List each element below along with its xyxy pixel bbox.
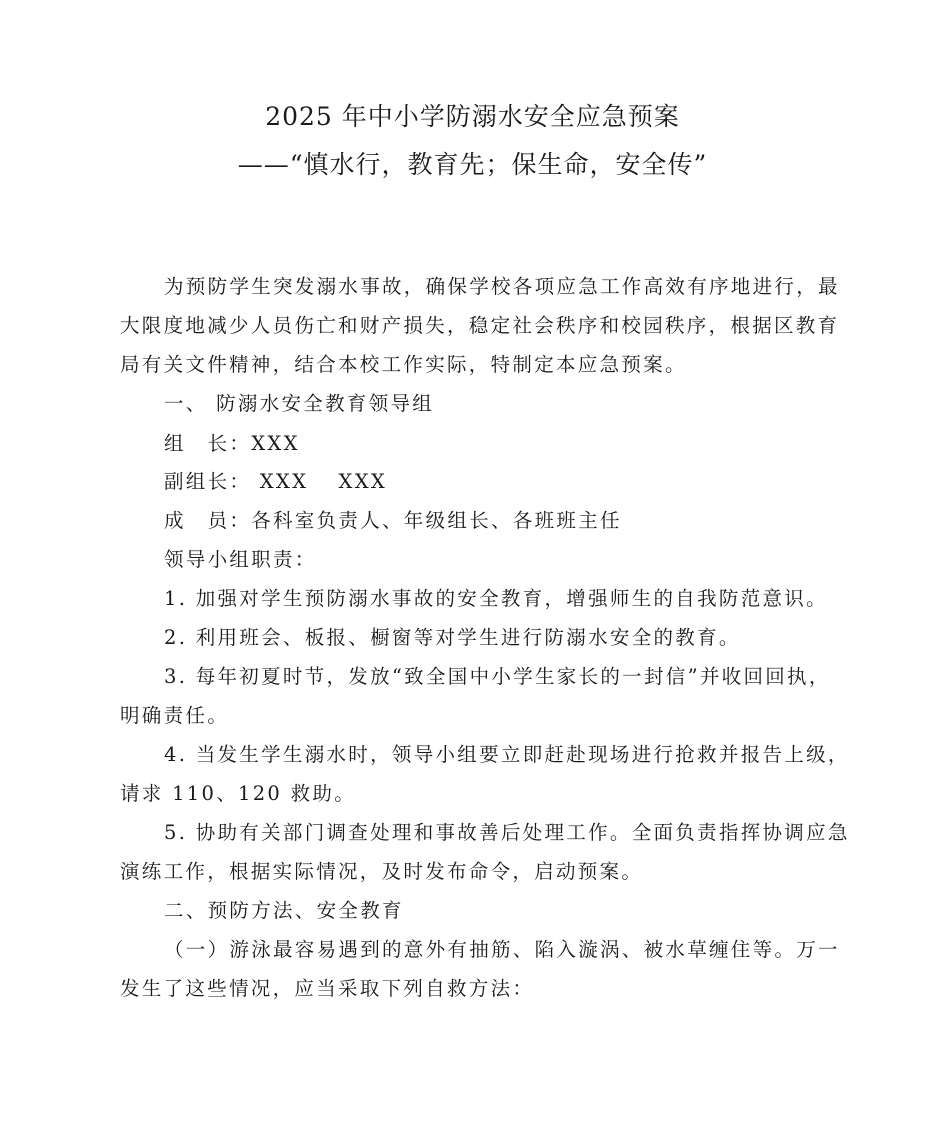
paragraph-line: 发生了这些情况，应当采取下列自救方法： (120, 973, 534, 1001)
paragraph-line: 4. 当发生学生溺水时，领导小组要立即赶赴现场进行抢救并报告上级， (164, 739, 850, 767)
paragraph-line: 明确责任。 (120, 700, 229, 728)
paragraph-line: 领导小组职责： (164, 544, 317, 572)
paragraph-line: 5. 协助有关部门调查处理和事故善后处理工作。全面负责指挥协调应急 (164, 817, 850, 845)
paragraph-line: 请求 110、120 救助。 (120, 778, 356, 806)
paragraph-line: 为预防学生突发溺水事故，确保学校各项应急工作高效有序地进行，最 (164, 271, 840, 299)
paragraph-line: 组 长：XXX (164, 428, 300, 456)
document-subtitle: ——“慎水行，教育先；保生命，安全传” (0, 145, 945, 181)
paragraph-line: 局有关文件精神，结合本校工作实际，特制定本应急预案。 (120, 349, 687, 377)
document-page: 2025 年中小学防溺水安全应急预案 ——“慎水行，教育先；保生命，安全传” 为… (0, 0, 945, 1122)
paragraph-line: 成 员：各科室负责人、年级组长、各班班主任 (164, 505, 622, 533)
paragraph-line: 大限度地减少人员伤亡和财产损失，稳定社会秩序和校园秩序，根据区教育 (120, 310, 839, 338)
paragraph-line: 1. 加强对学生预防溺水事故的安全教育，增强师生的自我防范意识。 (164, 583, 828, 611)
paragraph-line: （一）游泳最容易遇到的意外有抽筋、陷入漩涡、被水草缠住等。万一 (164, 934, 840, 962)
paragraph-line: 一、 防溺水安全教育领导组 (164, 388, 434, 416)
paragraph-line: 二、预防方法、安全教育 (164, 895, 404, 923)
paragraph-line: 副组长： XXX XXX (164, 466, 387, 494)
paragraph-line: 3. 每年初夏时节，发放“致全国中小学生家长的一封信”并收回回执， (164, 661, 831, 689)
document-title: 2025 年中小学防溺水安全应急预案 (0, 97, 945, 133)
paragraph-line: 演练工作，根据实际情况，及时发布命令，启动预案。 (120, 856, 643, 884)
paragraph-line: 2. 利用班会、板报、橱窗等对学生进行防溺水安全的教育。 (164, 622, 741, 650)
